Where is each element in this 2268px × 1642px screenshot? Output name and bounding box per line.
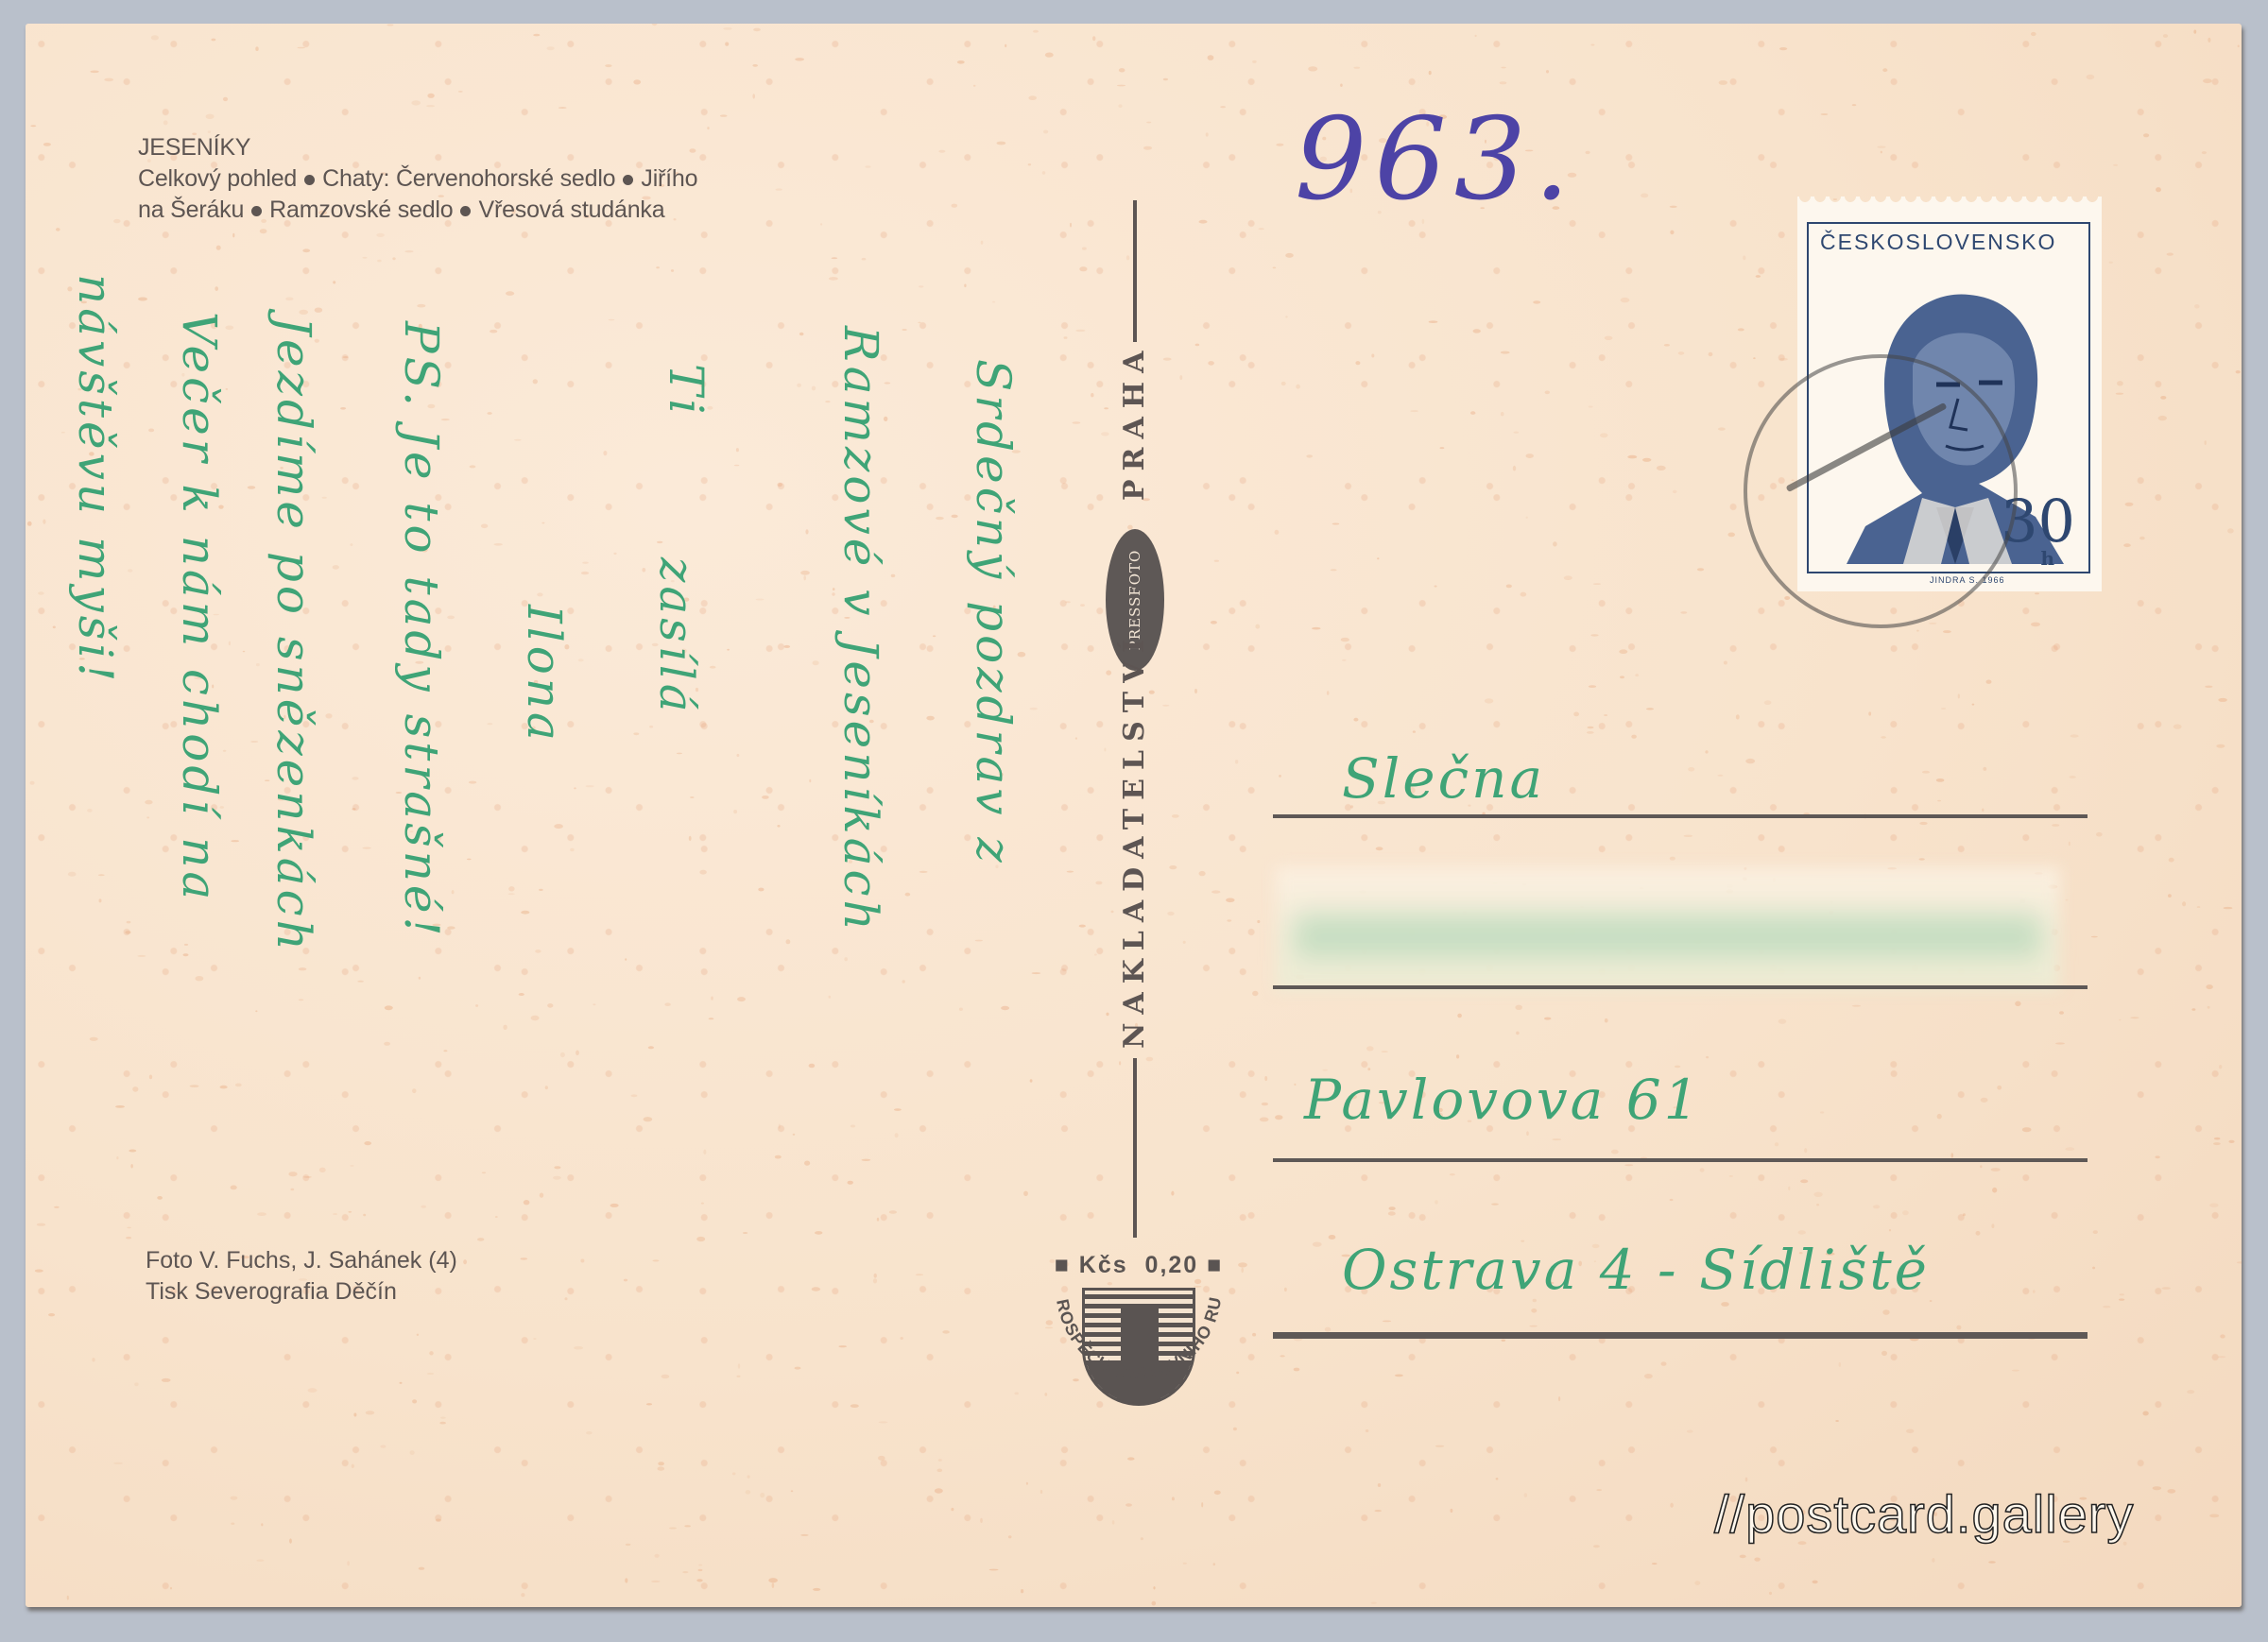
print-credit: Tisk Severografia Děčín [146,1276,457,1308]
message-line: Večer k nám chodí na [172,312,227,903]
address-line-1: Slečna [1342,746,1545,811]
message-line: Ilona [517,605,572,744]
divider-bottom [1133,1058,1137,1238]
message-line: návštěvu myši! [68,274,123,685]
caption-line-1: Celkový pohledChaty: Červenohorské sedlo… [138,163,697,195]
address-rule-4 [1273,1332,2088,1339]
caption-title: JESENÍKY [138,132,697,163]
message-line: Ti [659,364,713,418]
publisher-name: NAKLADATELSTVÍ [1118,631,1151,1049]
address-rule-3 [1273,1158,2088,1162]
address-line-3: Pavlovova 61 [1304,1068,1702,1132]
postmark-circle [1744,354,2018,628]
credits: Foto V. Fuchs, J. Sahánek (4) Tisk Sever… [146,1245,457,1308]
watermark: //postcard.gallery [1714,1483,2134,1545]
caption-line-2: na ŠerákuRamzovské sedloVřesová studánka [138,195,697,226]
caption-item: na Šeráku [138,197,244,223]
reference-number: 963. [1295,94,1577,226]
address-rule-1 [1273,814,2088,818]
message-line: Srdečný pozdrav z [966,359,1021,866]
redacted-address-line [1276,867,2060,990]
caption-item: Chaty: Červenohorské sedlo [322,165,615,192]
price-badge: ■ Kčs 0,20 ■ VE PROSPĚCH CESTOVNÍHO RUCH… [1039,1252,1238,1450]
caption-item: Vřesová studánka [478,197,664,223]
bullet-icon [460,206,471,216]
caption: JESENÍKY Celkový pohledChaty: Červenohor… [138,132,697,226]
message-line: PS. Je to tady strašné! [394,321,449,940]
ring-text: VE PROSPĚCH CESTOVNÍHO RUCHU [1039,1271,1238,1455]
photo-credit: Foto V. Fuchs, J. Sahánek (4) [146,1245,457,1276]
caption-item: Celkový pohled [138,165,297,192]
message-line: zasílá [649,557,704,716]
caption-item: Jiřího [641,165,697,192]
divider-top [1133,200,1137,342]
bullet-icon [251,206,262,216]
address-rule-2 [1273,985,2088,989]
message-line: Jezdíme po snězenkách [266,316,321,954]
stamp-unit: h [2040,547,2054,570]
bullet-icon [623,175,633,185]
stamp-country: ČESKOSLOVENSKO [1820,230,2056,255]
bullet-icon [304,175,315,185]
caption-item: Ramzovské sedlo [269,197,453,223]
svg-text:VE PROSPĚCH CESTOVNÍHO RUCHU: VE PROSPĚCH CESTOVNÍHO RUCHU [1039,1271,1225,1383]
address-line-4: Ostrava 4 - Sídliště [1342,1238,1930,1302]
publisher-city: PRAHA [1118,343,1151,501]
message-line: Ramzové v Jeseníkách [833,326,888,934]
